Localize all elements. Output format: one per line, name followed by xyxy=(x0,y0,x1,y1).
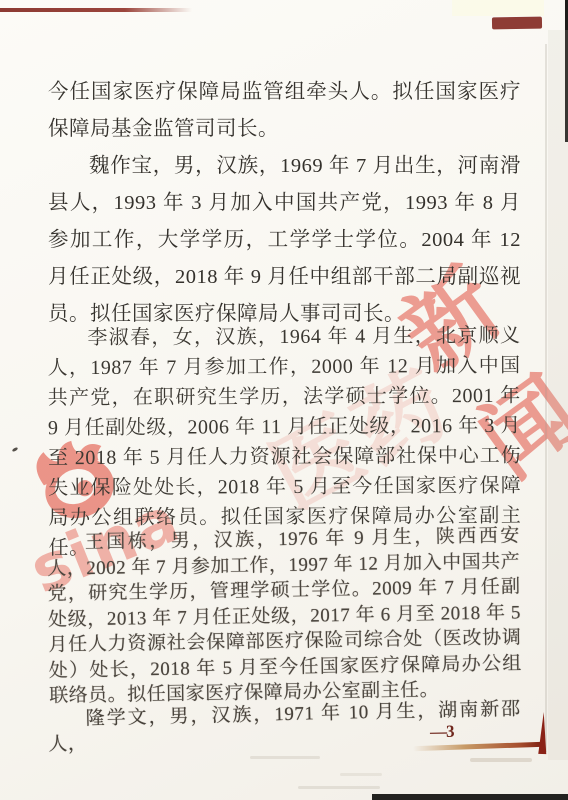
scan-cream-patch xyxy=(452,0,544,16)
page-crease-line xyxy=(545,44,547,752)
red-pen-mark-tip xyxy=(538,712,547,754)
bottom-dark-strip xyxy=(372,794,568,800)
scan-smudge xyxy=(250,756,320,759)
page-edge-shadow xyxy=(548,30,568,760)
paragraph-wei-zuobao: 魏作宝，男，汉族，1969 年 7 月出生，河南滑县人，1993 年 3 月加入… xyxy=(48,148,521,333)
top-red-scan-line xyxy=(0,8,192,12)
page-number: —3 xyxy=(430,722,454,742)
top-right-red-bar xyxy=(492,17,542,30)
scanned-document-page: sina 医药 新闻 今任国家医疗保障局监管组牵头人。拟任国家医疗保障局基金监管… xyxy=(0,0,568,800)
paragraph-wang-guodong: 王国栋，男，汉族，1976 年 9 月生，陕西西安人，2002 年 7 月参加工… xyxy=(47,523,523,709)
scan-smudge xyxy=(298,786,380,789)
stray-ink-dot xyxy=(12,447,19,453)
scan-smudge xyxy=(340,773,382,776)
paragraph-continuation: 今任国家医疗保障局监管组牵头人。拟任国家医疗保障局基金监管司司长。 xyxy=(48,74,521,148)
scan-smudge xyxy=(470,758,532,762)
